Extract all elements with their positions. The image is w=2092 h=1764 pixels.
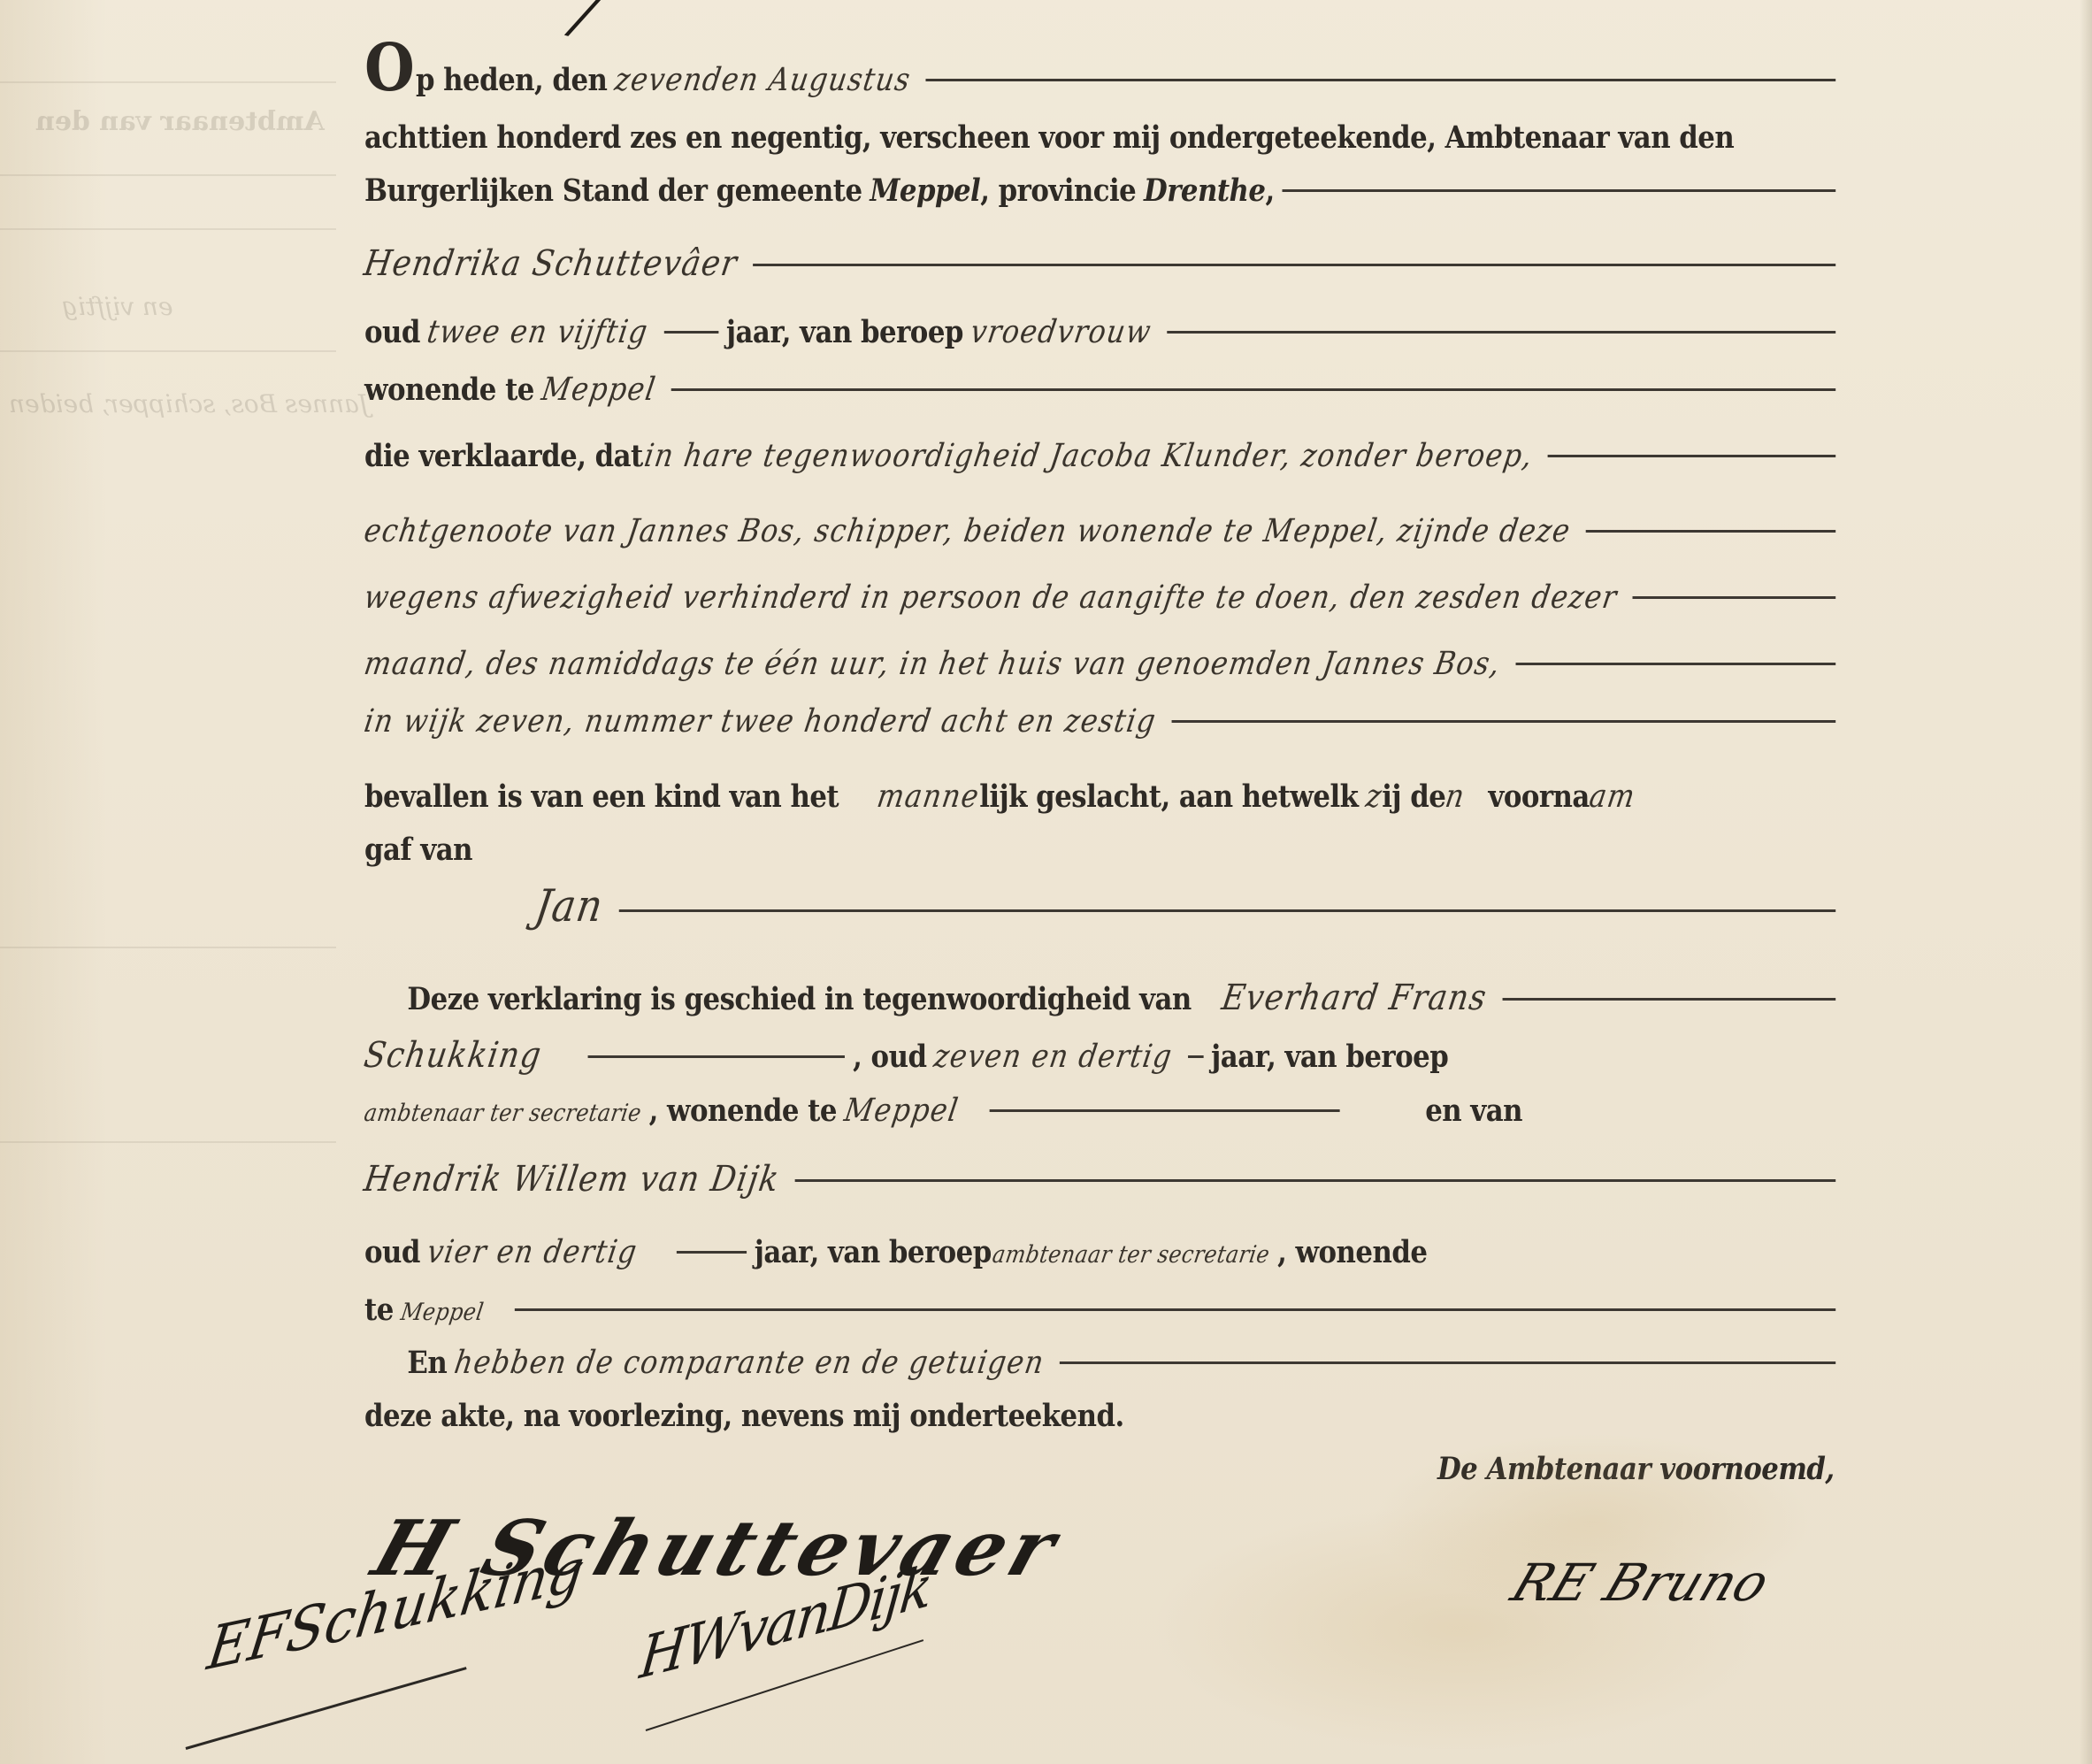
printed-text: , wonende te: [649, 1093, 837, 1129]
municipality: Meppel: [870, 173, 980, 209]
filler-line: [1502, 998, 1835, 1001]
line-year: achttien honderd zes en negentig, versch…: [364, 119, 1843, 156]
filler-line: [588, 1055, 845, 1058]
witness-1-age: zeven en dertig: [931, 1039, 1175, 1075]
line-witness-2-age: oud vier en dertig jaar, van beroep ambt…: [364, 1234, 1843, 1270]
printed-text: voorna: [1488, 778, 1589, 815]
line-witness-intro: Deze verklaring is geschied in tegenwoor…: [364, 978, 1843, 1018]
printed-text: ij de: [1382, 778, 1445, 815]
declarant-name: Hendrika Schuttevâer: [361, 243, 740, 284]
line-child-sex: bevallen is van een kind van het manne l…: [364, 778, 1843, 815]
handwritten-date: zevenden Augustus: [612, 62, 913, 98]
bleed-through-text: Jannes Bos, schipper, beiden: [9, 389, 369, 418]
bleed-through-text: Ambtenaar van den: [35, 106, 325, 137]
filler-line: [663, 331, 718, 334]
filler-line: [1516, 663, 1836, 665]
filler-line: [1167, 331, 1835, 334]
line-declarant-age: oud twee en vijftig jaar, van beroep vro…: [364, 314, 1843, 350]
document-page: Ambtenaar van den en vijftig Jannes Bos,…: [0, 0, 2092, 1764]
drop-cap: O: [364, 35, 414, 101]
handwritten-text: wegens afwezigheid verhinderd in persoon…: [362, 579, 1621, 616]
line-witness-2-name: Hendrik Willem van Dijk: [364, 1159, 1843, 1200]
handwritten-text: echtgenoote van Jannes Bos, schipper, be…: [362, 513, 1574, 549]
line-witness-2-residence: te Meppel: [364, 1292, 1843, 1328]
handwritten-text: in wijk zeven, nummer twee honderd acht …: [362, 703, 1159, 740]
filler-line: [1586, 530, 1835, 533]
printed-text: , oud: [853, 1039, 926, 1075]
filler-line: [618, 909, 1835, 912]
ghost-rule: [0, 228, 336, 230]
page-edge: [2080, 0, 2092, 1764]
filler-line: [1548, 455, 1835, 457]
line-declarant-name: Hendrika Schuttevâer: [364, 243, 1843, 284]
filler-line: [671, 388, 1835, 391]
printed-text: bevallen is van een kind van het: [364, 778, 839, 815]
child-sex: manne: [875, 778, 982, 815]
printed-text: jaar, van beroep: [755, 1234, 992, 1270]
ghost-rule: [0, 350, 336, 352]
printed-text: lijk geslacht, aan hetwelk: [979, 778, 1358, 815]
line-municipality: Burgerlijken Stand der gemeente Meppel ,…: [364, 173, 1843, 209]
ghost-rule: [0, 81, 336, 83]
printed-text: oud: [364, 314, 420, 350]
printed-text: wonende te: [364, 372, 534, 408]
handwritten-text: n: [1443, 778, 1467, 815]
witness-2-occupation: ambtenaar ter secretarie: [991, 1241, 1272, 1269]
printed-text: ,: [1265, 173, 1274, 209]
ghost-rule: [0, 1141, 336, 1143]
printed-text: en van: [1425, 1093, 1522, 1129]
line-witness-1-occupation: ambtenaar ter secretarie , wonende te Me…: [364, 1093, 1843, 1129]
handwritten-text: am: [1587, 778, 1638, 815]
filler-line: [989, 1109, 1339, 1112]
witness-2-residence: Meppel: [399, 1299, 486, 1326]
printed-text: te: [364, 1292, 394, 1328]
printed-text: oud: [364, 1234, 420, 1270]
filler-line: [1633, 596, 1835, 599]
bleed-through-text: en vijftig: [62, 292, 172, 321]
printed-text: jaar, van beroep: [1211, 1039, 1448, 1075]
declarant-occupation: vroedvrouw: [969, 314, 1154, 350]
filler-line: [753, 264, 1835, 266]
printed-text: die verklaarde, dat: [364, 438, 643, 474]
handwritten-text: maand, des namiddags te één uur, in het …: [362, 646, 1503, 682]
filler-line: [1171, 720, 1835, 723]
filler-line: [794, 1179, 1835, 1182]
ghost-rule: [0, 174, 336, 176]
witness-1-residence: Meppel: [842, 1093, 962, 1129]
line-witness-1: Schukking , oud zeven en dertig jaar, va…: [364, 1035, 1843, 1076]
line-date: O p heden, den zevenden Augustus: [364, 35, 1843, 101]
filler-line: [515, 1308, 1835, 1311]
filler-line: [1282, 189, 1835, 192]
witness-2-name: Hendrik Willem van Dijk: [361, 1159, 782, 1200]
declarant-residence: Meppel: [539, 372, 658, 408]
line-child-name: Jan: [364, 880, 1843, 932]
declarant-age: twee en vijftig: [425, 314, 652, 350]
line-handwritten: wegens afwezigheid verhinderd in persoon…: [364, 579, 1843, 616]
filler-line: [1188, 1055, 1204, 1058]
witness-1-surname: Schukking: [361, 1035, 544, 1076]
handwritten-text: hebben de comparante en de getuigen: [452, 1345, 1047, 1381]
printed-text: p heden, den: [416, 62, 607, 98]
printed-text: , wonende: [1277, 1234, 1427, 1270]
witness-2-age: vier en dertig: [425, 1234, 640, 1270]
line-declarant-residence: wonende te Meppel: [364, 372, 1843, 408]
province: Drenthe: [1144, 173, 1265, 209]
ghost-rule: [0, 947, 336, 948]
printed-text: Deze verklaring is geschied in tegenwoor…: [407, 981, 1191, 1017]
filler-line: [1060, 1361, 1835, 1364]
line-gave-name: gaf van: [364, 832, 1843, 868]
printed-text: jaar, van beroep: [726, 314, 963, 350]
printed-text: En: [407, 1345, 447, 1381]
filler-line: [677, 1251, 747, 1254]
filler-line: [926, 79, 1835, 81]
printed-text: gaf van: [364, 832, 472, 868]
printed-text: achttien honderd zes en negentig, versch…: [364, 119, 1734, 156]
printed-text: , provincie: [980, 173, 1136, 209]
child-name: Jan: [532, 880, 607, 932]
line-handwritten: in wijk zeven, nummer twee honderd acht …: [364, 703, 1843, 740]
line-declaration: die verklaarde, dat in hare tegenwoordig…: [364, 438, 1843, 474]
printed-text: deze akte, na voorlezing, nevens mij ond…: [364, 1398, 1124, 1434]
handwritten-text: in hare tegenwoordigheid Jacoba Klunder,…: [641, 438, 1535, 474]
signature-official: RE Bruno: [1504, 1553, 1777, 1613]
line-handwritten: echtgenoote van Jannes Bos, schipper, be…: [364, 513, 1843, 549]
printed-text: Burgerlijken Stand der gemeente: [364, 173, 862, 209]
witness-1-occupation: ambtenaar ter secretarie: [363, 1100, 644, 1127]
line-handwritten: maand, des namiddags te één uur, in het …: [364, 646, 1843, 682]
line-closing: deze akte, na voorlezing, nevens mij ond…: [364, 1398, 1843, 1434]
line-signing: En hebben de comparante en de getuigen: [364, 1345, 1843, 1381]
witness-1-name: Everhard Frans: [1219, 978, 1490, 1018]
